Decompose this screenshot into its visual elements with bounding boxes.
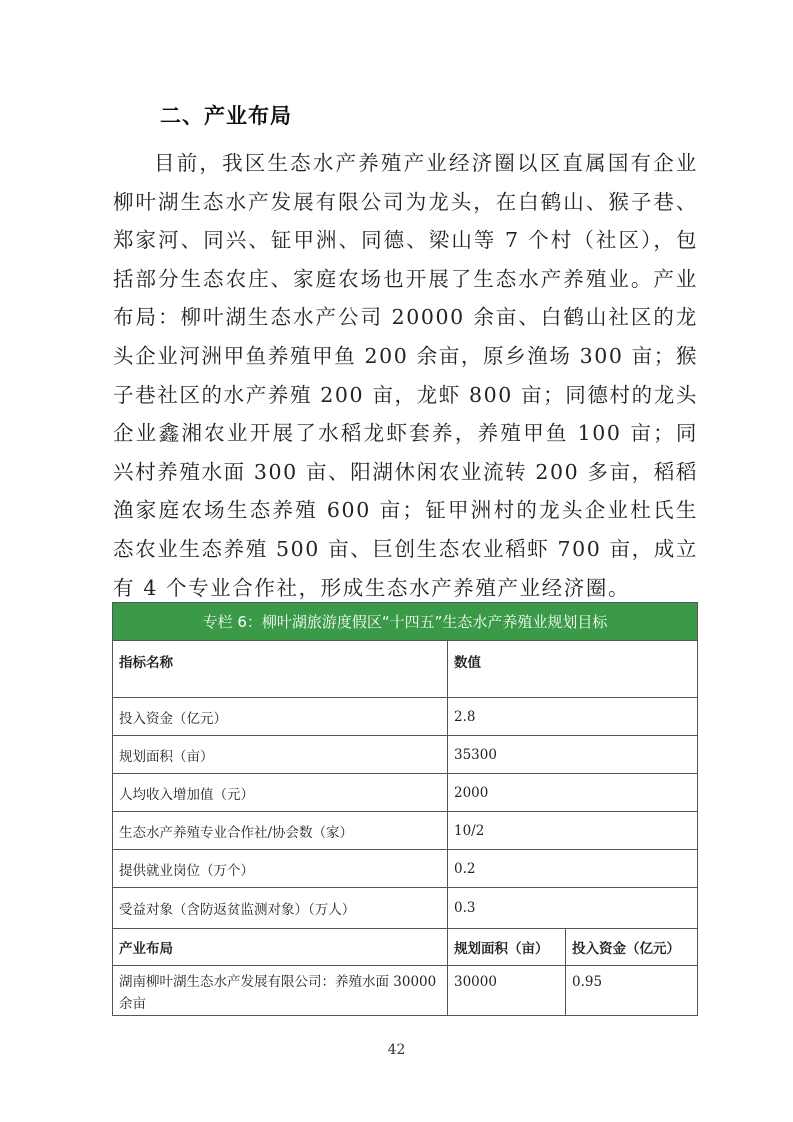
indicator-name: 提供就业岗位（万个） xyxy=(113,850,448,888)
body-paragraph: 目前，我区生态水产养殖产业经济圈以区直属国有企业柳叶湖生态水产发展有限公司为龙头… xyxy=(113,144,698,607)
layout-area: 30000 xyxy=(448,966,566,1016)
header-indicator-name: 指标名称 xyxy=(113,641,448,698)
indicator-name: 投入资金（亿元） xyxy=(113,698,448,736)
page-number: 42 xyxy=(0,1042,793,1058)
table-row: 生态水产养殖专业合作社/协会数（家） 10/2 xyxy=(113,812,698,850)
indicator-value: 10/2 xyxy=(448,812,698,850)
indicator-name: 生态水产养殖专业合作社/协会数（家） xyxy=(113,812,448,850)
section-heading: 二、产业布局 xyxy=(160,100,292,130)
layout-row: 湖南柳叶湖生态水产发展有限公司：养殖水面 30000 余亩 30000 0.95 xyxy=(113,966,698,1016)
table-caption-row: 专栏 6：柳叶湖旅游度假区“十四五”生态水产养殖业规划目标 xyxy=(113,603,698,641)
header-value: 数值 xyxy=(448,641,698,698)
table-row: 投入资金（亿元） 2.8 xyxy=(113,698,698,736)
table-row: 提供就业岗位（万个） 0.2 xyxy=(113,850,698,888)
table-row: 人均收入增加值（元） 2000 xyxy=(113,774,698,812)
indicator-value: 2000 xyxy=(448,774,698,812)
header-planned-area: 规划面积（亩） xyxy=(448,929,566,966)
layout-funds: 0.95 xyxy=(566,966,698,1016)
indicator-value: 0.2 xyxy=(448,850,698,888)
table-row: 规划面积（亩） 35300 xyxy=(113,736,698,774)
indicator-value: 0.3 xyxy=(448,888,698,929)
layout-name: 湖南柳叶湖生态水产发展有限公司：养殖水面 30000 余亩 xyxy=(113,966,448,1016)
header-investment: 投入资金（亿元） xyxy=(566,929,698,966)
indicator-name: 人均收入增加值（元） xyxy=(113,774,448,812)
layout-header-row: 产业布局 规划面积（亩） 投入资金（亿元） xyxy=(113,929,698,966)
table-row: 受益对象（含防返贫监测对象）（万人） 0.3 xyxy=(113,888,698,929)
indicator-name: 规划面积（亩） xyxy=(113,736,448,774)
table-header-row: 指标名称 数值 xyxy=(113,641,698,698)
planning-targets-table: 专栏 6：柳叶湖旅游度假区“十四五”生态水产养殖业规划目标 指标名称 数值 投入… xyxy=(112,602,698,1016)
header-industry-layout: 产业布局 xyxy=(113,929,448,966)
planning-table-box: 专栏 6：柳叶湖旅游度假区“十四五”生态水产养殖业规划目标 指标名称 数值 投入… xyxy=(112,602,697,1016)
table-caption: 专栏 6：柳叶湖旅游度假区“十四五”生态水产养殖业规划目标 xyxy=(113,603,698,641)
indicator-name: 受益对象（含防返贫监测对象）（万人） xyxy=(113,888,448,929)
indicator-value: 2.8 xyxy=(448,698,698,736)
indicator-value: 35300 xyxy=(448,736,698,774)
